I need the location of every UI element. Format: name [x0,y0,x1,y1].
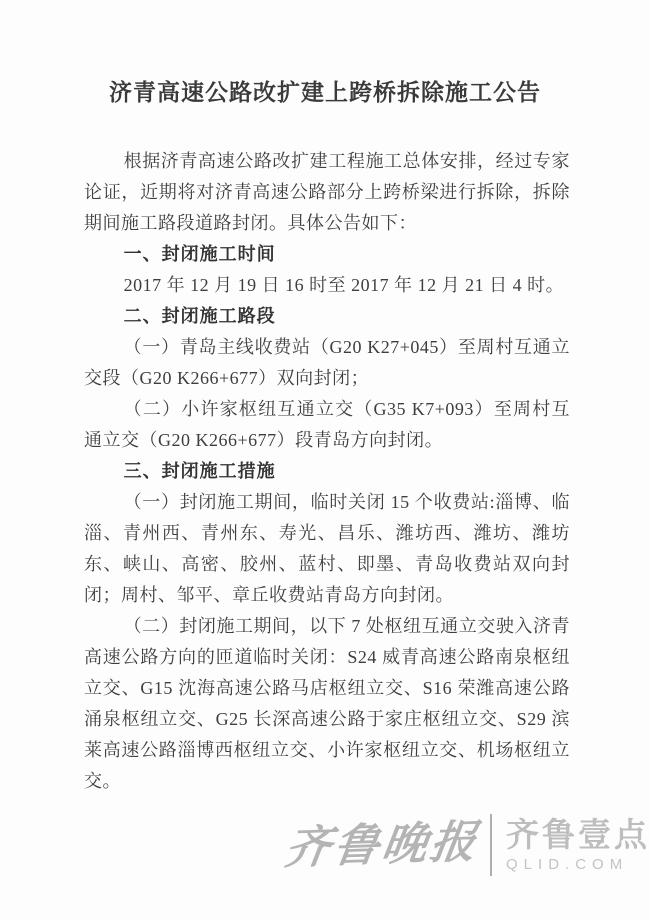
intro-paragraph: 根据济青高速公路改扩建工程施工总体安排，经过专家论证，近期将对济青高速公路部分上… [84,146,570,239]
section-1-heading: 一、封闭施工时间 [84,239,570,270]
logo-divider [490,814,492,876]
closure-segment-item-1: （一）青岛主线收费站（G20 K27+045）至周村互通立交段（G20 K266… [84,332,570,394]
section-3-heading: 三、封闭施工措施 [84,456,570,487]
qilu-yidian-logo: 齐鲁壹点 [506,817,650,853]
notice-document-page: 济青高速公路改扩建上跨桥拆除施工公告 根据济青高速公路改扩建工程施工总体安排，经… [0,0,650,920]
closure-time-paragraph: 2017 年 12 月 19 日 16 时至 2017 年 12 月 21 日 … [84,270,570,301]
qilu-yidian-logo-block: 齐鲁壹点 QLID.COM [506,817,650,872]
qilu-yidian-domain-text: QLID.COM [506,856,650,873]
closure-measure-item-2: （二）封闭施工期间，以下 7 处枢纽互通立交驶入济青高速公路方向的匝道临时关闭：… [84,611,570,797]
closure-measure-item-1: （一）封闭施工期间，临时关闭 15 个收费站:淄博、临淄、青州西、青州东、寿光、… [84,487,570,611]
document-body: 根据济青高速公路改扩建工程施工总体安排，经过专家论证，近期将对济青高速公路部分上… [84,146,570,797]
closure-segment-item-2: （二）小许家枢纽互通立交（G35 K7+093）至周村互通立交（G20 K266… [84,394,570,456]
section-2-heading: 二、封闭施工路段 [84,301,570,332]
qilu-evening-news-calligraphy-logo: 齐鲁晚报 [282,819,481,871]
publisher-footer: 齐鲁晚报 齐鲁壹点 QLID.COM [286,808,650,882]
document-title: 济青高速公路改扩建上跨桥拆除施工公告 [0,74,650,107]
